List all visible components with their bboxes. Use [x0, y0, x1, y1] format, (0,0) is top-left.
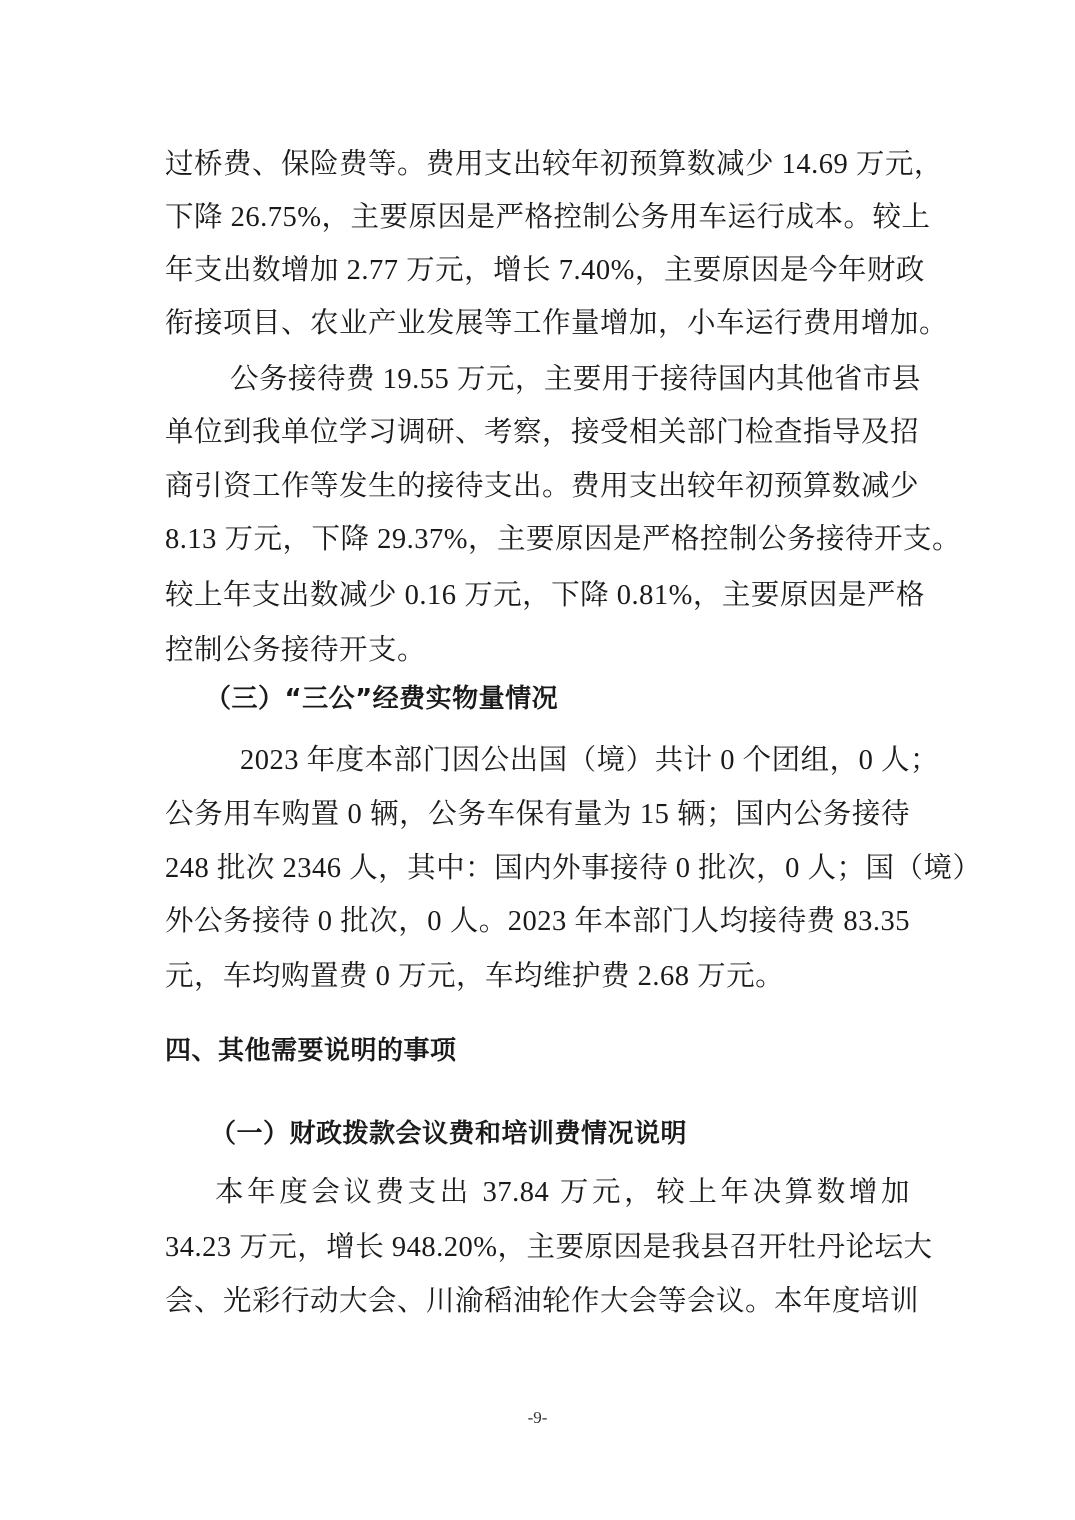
- paragraph-line: 34.23 万元，增长 948.20%，主要原因是我县召开牡丹论坛大: [165, 1230, 910, 1266]
- subsection-heading-1: （一）财政拨款会议费和培训费情况说明: [210, 1116, 955, 1152]
- paragraph-line: 年支出数增加 2.77 万元，增长 7.40%，主要原因是今年财政: [165, 253, 910, 289]
- section-heading-3: （三）“三公”经费实物量情况: [205, 681, 950, 717]
- paragraph-line: 元，车均购置费 0 万元，车均维护费 2.68 万元。: [165, 959, 910, 995]
- paragraph-line: 下降 26.75%，主要原因是严格控制公务用车运行成本。较上: [165, 200, 910, 236]
- paragraph-line: 248 批次 2346 人，其中：国内外事接待 0 批次，0 人；国（境）: [165, 851, 910, 887]
- paragraph-line: 较上年支出数减少 0.16 万元，下降 0.81%，主要原因是严格: [165, 578, 910, 614]
- paragraph-line: 单位到我单位学习调研、考察，接受相关部门检查指导及招: [165, 415, 910, 451]
- paragraph-line: 控制公务接待开支。: [165, 633, 910, 669]
- section-heading-4: 四、其他需要说明的事项: [165, 1033, 910, 1069]
- paragraph-line: 2023 年度本部门因公出国（境）共计 0 个团组，0 人；: [240, 743, 910, 779]
- paragraph-line: 衔接项目、农业产业发展等工作量增加，小车运行费用增加。: [165, 306, 910, 342]
- paragraph-line: 外公务接待 0 批次，0 人。2023 年本部门人均接待费 83.35: [165, 904, 910, 940]
- paragraph-line: 8.13 万元，下降 29.37%，主要原因是严格控制公务接待开支。: [165, 522, 910, 558]
- page-number: -9-: [0, 1408, 1075, 1428]
- paragraph-line: 本年度会议费支出 37.84 万元，较上年决算数增加: [215, 1175, 910, 1211]
- paragraph-line: 公务接待费 19.55 万元，主要用于接待国内其他省市县: [230, 362, 910, 398]
- paragraph-line: 过桥费、保险费等。费用支出较年初预算数减少 14.69 万元，: [165, 147, 910, 183]
- paragraph-line: 商引资工作等发生的接待支出。费用支出较年初预算数减少: [165, 469, 910, 505]
- paragraph-line: 会、光彩行动大会、川渝稻油轮作大会等会议。本年度培训: [165, 1284, 910, 1320]
- paragraph-line: 公务用车购置 0 辆，公务车保有量为 15 辆；国内公务接待: [165, 797, 910, 833]
